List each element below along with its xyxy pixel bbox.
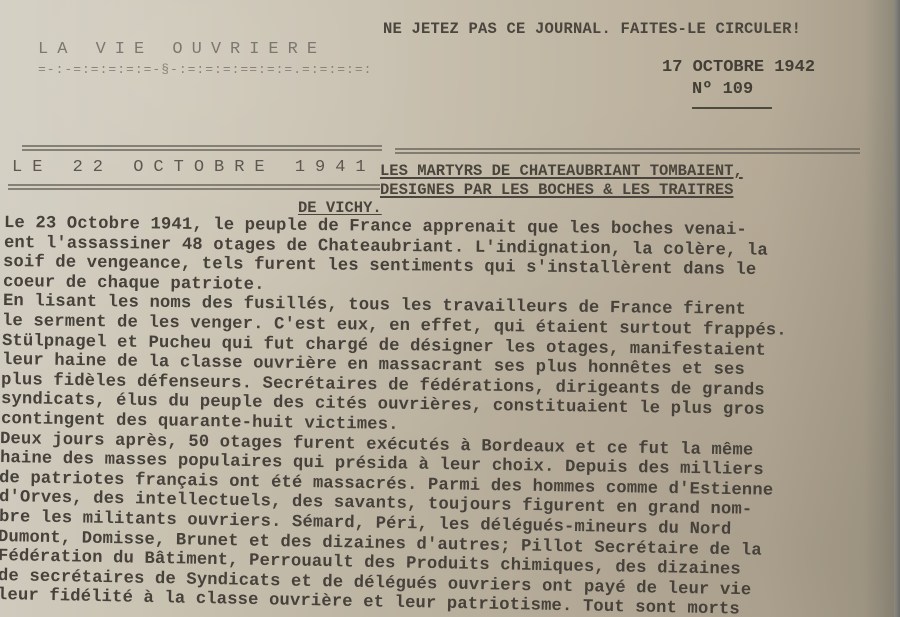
- headline-line-1: LES MARTYRS DE CHATEAUBRIANT TOMBAIENT,: [380, 162, 743, 180]
- headline: LES MARTYRS DE CHATEAUBRIANT TOMBAIENT, …: [380, 162, 743, 200]
- masthead-title: LA VIE OUVRIERE: [38, 40, 326, 59]
- issue-number: Nº 109: [692, 80, 753, 99]
- masthead-ornament: =-:-=:=:=:=:=-§-:=:=:=:==:=:=.=:=:=:=:: [38, 62, 372, 77]
- article-line: coeur de chaque patriote.: [3, 273, 265, 295]
- bottom-rule-left: [8, 184, 380, 190]
- top-rule-right: [395, 148, 860, 154]
- headline-line-2: DESIGNES PAR LES BOCHES & LES TRAITRES: [380, 181, 733, 199]
- page-edge-shadow: [894, 0, 900, 617]
- dateline: LE 22 OCTOBRE 1941: [12, 158, 376, 177]
- issue-underline: [692, 107, 772, 109]
- slogan: NE JETEZ PAS CE JOURNAL. FAITES-LE CIRCU…: [383, 20, 801, 38]
- headline-line-3: DE VICHY.: [298, 199, 382, 217]
- top-rule-left: [22, 145, 382, 151]
- issue-date: 17 OCTOBRE 1942: [662, 58, 815, 77]
